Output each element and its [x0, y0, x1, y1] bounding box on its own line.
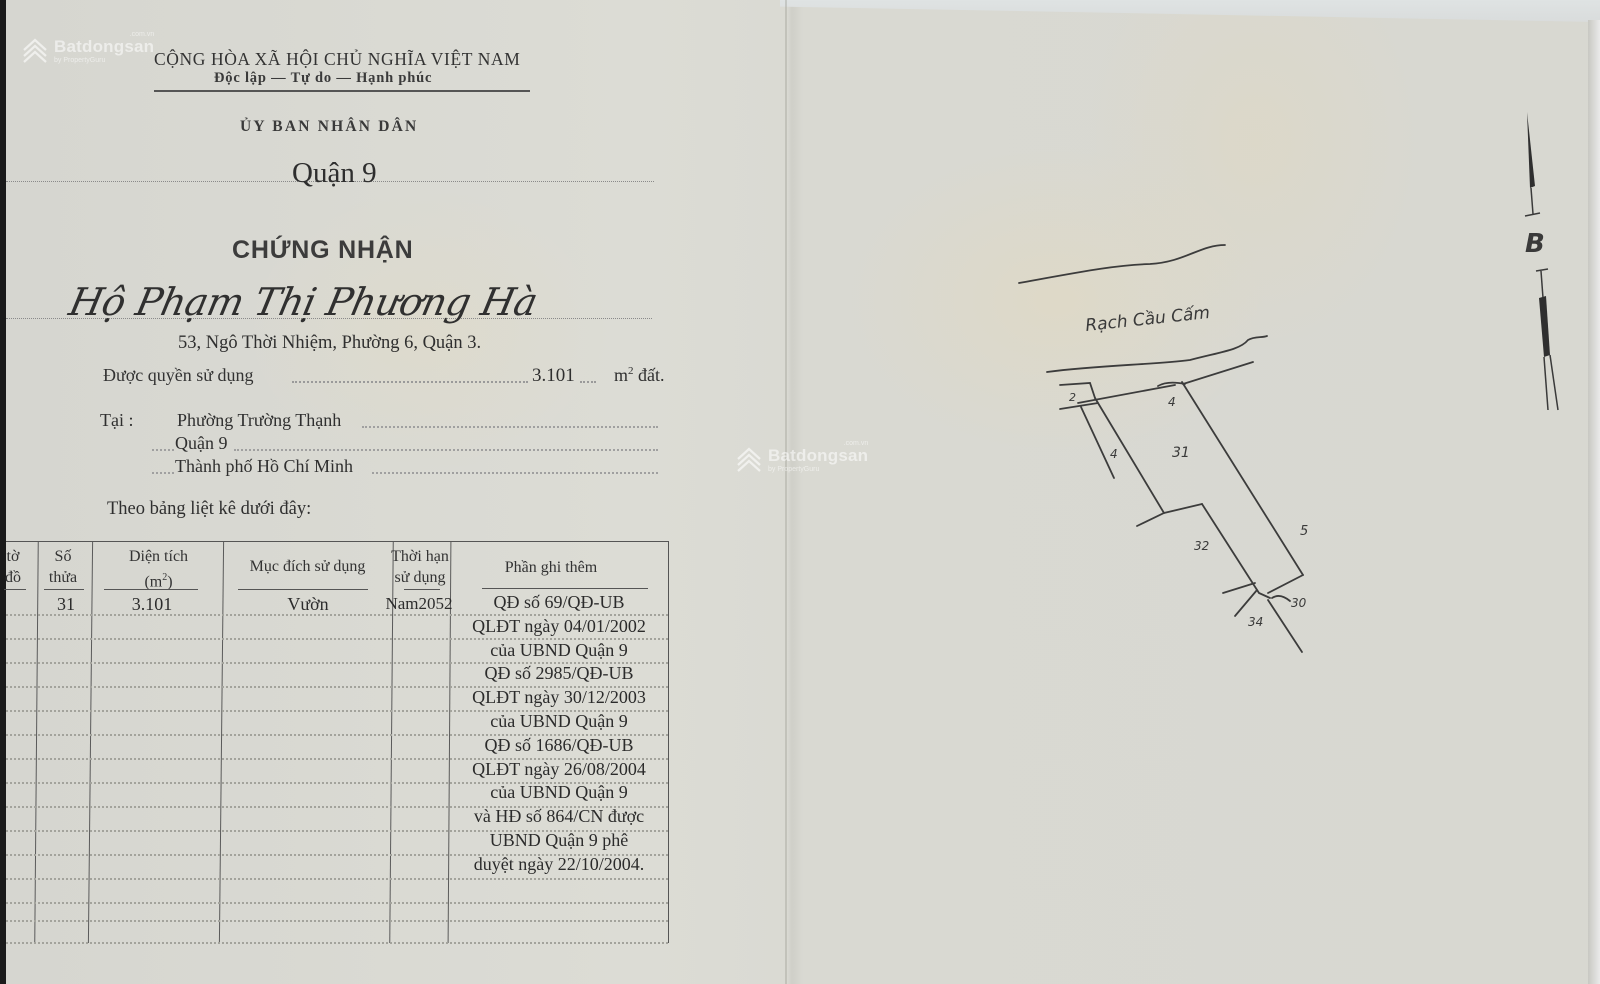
location-district: Quận 9	[175, 433, 228, 454]
watermark-text: .com.vn Batdongsan by PropertyGuru	[768, 447, 868, 473]
watermark-tld: .com.vn	[844, 440, 869, 447]
header-rule	[238, 589, 368, 590]
header-sheet-line2: đồ	[0, 567, 28, 588]
note-line: của UBND Quận 9	[453, 781, 665, 805]
cell-parcel-number: 31	[44, 594, 88, 615]
header-area: Diện tích (m2)	[96, 546, 221, 592]
note-line: QLĐT ngày 30/12/2003	[453, 686, 665, 710]
header-parcel-line2: thửa	[38, 567, 88, 588]
committee-title: ỦY BAN NHÂN DÂN	[240, 118, 418, 136]
page-fold	[785, 0, 787, 984]
watermark-tld: .com.vn	[130, 31, 155, 38]
header-area-close: )	[167, 573, 172, 590]
national-motto: Độc lập — Tự do — Hạnh phúc	[214, 70, 432, 87]
header-term: Thời hạn sử dụng	[391, 546, 449, 588]
note-line: QĐ số 69/QĐ-UB	[453, 591, 665, 615]
row-line	[6, 878, 668, 880]
note-line: và HĐ số 864/CN được	[453, 805, 665, 829]
cell-area: 3.101	[102, 594, 202, 615]
header-parcel-line1: Số	[38, 546, 88, 567]
header-rule	[44, 589, 84, 590]
note-line: QLĐT ngày 26/08/2004	[453, 758, 665, 782]
header-parcel-number: Số thửa	[38, 546, 88, 588]
header-area-line1: Diện tích	[96, 546, 221, 567]
watermark-brand: Batdongsan	[768, 446, 868, 465]
district-dotted-line-2	[234, 449, 658, 451]
row-line	[6, 942, 668, 944]
note-line: UBND Quận 9 phê	[453, 829, 665, 853]
note-line: duyệt ngày 22/10/2004.	[453, 853, 665, 877]
header-term-line1: Thời hạn	[391, 546, 449, 567]
area-unit-sup: 2	[628, 365, 634, 377]
nation-title: CỘNG HÒA XÃ HỘI CHỦ NGHĨA VIỆT NAM	[154, 49, 520, 70]
location-label: Tại :	[100, 410, 134, 431]
land-parcel-table: tờ đồ Số thửa Diện tích (m2) Mục đích sử…	[6, 541, 669, 943]
column-divider	[88, 542, 93, 943]
ward-dotted-line	[362, 426, 658, 428]
note-line: QĐ số 2985/QĐ-UB	[453, 662, 665, 686]
cell-notes: QĐ số 69/QĐ-UB QLĐT ngày 04/01/2002 của …	[453, 591, 665, 877]
area-unit: m2 đất.	[614, 365, 665, 386]
watermark-brand: Batdongsan	[54, 37, 154, 56]
usage-dotted-line	[292, 381, 528, 383]
paper-edge	[1588, 20, 1600, 984]
issuing-district: Quận 9	[292, 157, 377, 190]
location-city: Thành phố Hồ Chí Minh	[175, 456, 353, 477]
usage-dotted-line-2	[580, 381, 596, 383]
watermark-sub: by PropertyGuru	[768, 466, 868, 473]
location-ward: Phường Trường Thạnh	[177, 410, 341, 431]
watermark-top-left: .com.vn Batdongsan by PropertyGuru	[20, 36, 154, 66]
header-term-line2: sử dụng	[391, 567, 449, 588]
granted-area-value: 3.101	[532, 365, 575, 387]
batdongsan-logo-icon	[734, 445, 764, 475]
row-line	[6, 920, 668, 922]
header-rule	[104, 589, 198, 590]
header-sheet: tờ đồ	[0, 546, 28, 588]
header-rule	[482, 588, 648, 589]
area-suffix: đất.	[638, 365, 665, 385]
header-rule	[4, 589, 26, 590]
note-line: QĐ số 1686/QĐ-UB	[453, 734, 665, 758]
city-dotted-prefix	[152, 472, 174, 474]
usage-right-label: Được quyền sử dụng	[103, 365, 254, 386]
header-notes: Phần ghi thêm	[451, 557, 651, 578]
watermark-text: .com.vn Batdongsan by PropertyGuru	[54, 38, 154, 64]
header-rule	[404, 589, 440, 590]
header-area-unit: (m	[144, 573, 162, 590]
column-divider	[34, 542, 38, 943]
watermark-sub: by PropertyGuru	[54, 57, 154, 64]
note-line: QLĐT ngày 04/01/2002	[453, 615, 665, 639]
header-divider	[154, 90, 530, 92]
header-sheet-line1: tờ	[0, 546, 28, 567]
city-dotted-line	[372, 472, 658, 474]
area-unit-base: m	[614, 365, 628, 385]
district-dotted-prefix	[152, 449, 174, 451]
header-purpose: Mục đích sử dụng	[226, 556, 389, 577]
owner-name: Hộ Phạm Thị Phương Hà	[65, 280, 541, 324]
note-line: của UBND Quận 9	[453, 710, 665, 734]
certificate-title: CHỨNG NHẬN	[232, 236, 414, 265]
note-line: của UBND Quận 9	[453, 639, 665, 663]
watermark-center: .com.vn Batdongsan by PropertyGuru	[734, 445, 868, 475]
owner-address: 53, Ngô Thời Nhiệm, Phường 6, Quận 3.	[178, 333, 481, 354]
cell-term: Nam2052	[384, 594, 454, 614]
column-divider	[219, 542, 224, 943]
batdongsan-logo-icon	[20, 36, 50, 66]
row-line	[6, 902, 668, 904]
cell-purpose: Vườn	[228, 594, 388, 615]
table-intro: Theo bảng liệt kê dưới đây:	[107, 499, 311, 520]
